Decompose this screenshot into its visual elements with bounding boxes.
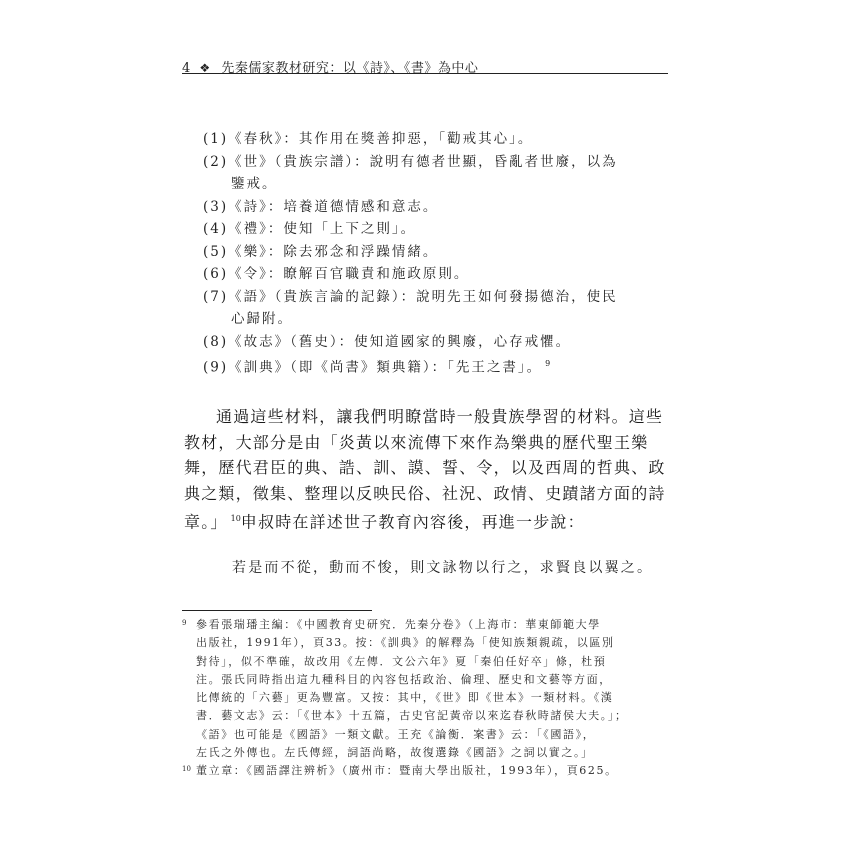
subject-list: (1)《春秋》：其作用在獎善抑惡，「勸戒其心」。 (2)《世》（貴族宗譜）：說明… [203, 128, 683, 379]
paragraph-line: 通過這些材料，讓我們明瞭當時一般貴族學習的材料。這些 [184, 404, 674, 430]
footnote-10: 10 董立章：《國語譯注辨析》（廣州市：暨南大學出版社，1993年），頁625。 [182, 762, 672, 780]
paragraph-line: 教材，大部分是由「炎黃以來流傳下來作為樂典的歷代聖王樂 [184, 430, 674, 456]
paragraph-line: 舞，歷代君臣的典、誥、訓、謨、誓、令，以及西周的哲典、政 [184, 455, 674, 481]
item-number: (7) [203, 289, 228, 305]
item-text-continued: 心歸附。 [203, 308, 683, 331]
footnote-line: 書．藝文志》云：「《世本》十五篇，古史官記黃帝以來迄春秋時諸侯大夫。」； [182, 707, 672, 725]
item-text: 《春秋》：其作用在獎善抑惡，「勸戒其心」。 [228, 131, 533, 147]
footnote-separator [182, 610, 372, 611]
list-item: (7)《語》（貴族言論的記錄）：說明先王如何發揚德治，使民 心歸附。 [203, 286, 683, 331]
block-quote: 若是而不從，動而不悛，則文詠物以行之，求賢良以翼之。 [232, 557, 672, 577]
document-page: 4 ❖ 先秦儒家教材研究：以《詩》、《書》為中心 (1)《春秋》：其作用在獎善抑… [0, 0, 850, 850]
footnote-line: 注。張氏同時指出這九種科目的內容包括政治、倫理、歷史和文藝等方面， [182, 671, 672, 689]
footnote-ref-9[interactable]: 9 [545, 359, 550, 368]
list-item: (4)《禮》：使知「上下之則」。 [203, 218, 683, 241]
list-item: (6)《令》：瞭解百官職責和施政原則。 [203, 263, 683, 286]
item-text: 《樂》：除去邪念和浮躁情緒。 [228, 244, 438, 260]
item-number: (2) [203, 154, 228, 170]
paragraph-text: 申叔時在詳述世子教育內容後，再進一步說： [241, 512, 585, 531]
paragraph-line: 典之類，徵集、整理以反映民俗、社況、政情、史蹟諸方面的詩 [184, 481, 674, 507]
footnote-line: 對待」，似不準確，故改用《左傳．文公六年》夏「秦伯任好卒」條，杜預 [182, 653, 672, 671]
footnote-number: 9 [182, 614, 186, 632]
header-rule [182, 73, 668, 74]
item-number: (1) [203, 131, 228, 147]
item-number: (6) [203, 266, 228, 282]
list-item: (2)《世》（貴族宗譜）：說明有德者世顯，昏亂者世廢，以為 鑒戒。 [203, 151, 683, 196]
item-text: 《令》：瞭解百官職責和施政原則。 [228, 266, 469, 282]
list-item: (1)《春秋》：其作用在獎善抑惡，「勸戒其心」。 [203, 128, 683, 151]
body-paragraph: 通過這些材料，讓我們明瞭當時一般貴族學習的材料。這些 教材，大部分是由「炎黃以來… [184, 404, 674, 535]
list-item: (9)《訓典》（即《尚書》類典籍）：「先王之書」。9 [203, 353, 683, 379]
paragraph-text: 章。」 [184, 512, 228, 531]
item-number: (8) [203, 334, 228, 350]
item-number: (5) [203, 244, 228, 260]
list-item: (5)《樂》：除去邪念和浮躁情緒。 [203, 241, 683, 264]
item-text: 《詩》：培養道德情感和意志。 [228, 199, 438, 215]
item-number: (9) [203, 360, 228, 376]
item-text: 《語》（貴族言論的記錄）：說明先王如何發揚德治，使民 [228, 289, 618, 305]
footnote-line: 《語》也可能是《國語》一類文獻。王充《論衡．案書》云：「《國語》， [182, 726, 672, 744]
footnote-line: 比傳統的「六藝」更為豐富。又按：其中，《世》即《世本》一類材料。《漢 [182, 689, 672, 707]
item-text: 《訓典》（即《尚書》類典籍）：「先王之書」。 [228, 360, 542, 376]
list-item: (3)《詩》：培養道德情感和意志。 [203, 196, 683, 219]
list-item: (8)《故志》（舊史）：使知道國家的興廢，心存戒懼。 [203, 331, 683, 354]
footnote-line: 出版社，1991年），頁33。按：《訓典》的解釋為「使知族類親疏，以區別 [182, 634, 672, 652]
item-number: (3) [203, 199, 228, 215]
item-text: 《禮》：使知「上下之則」。 [228, 221, 416, 237]
footnote-line: 左氏之外傳也。左氏傳經，詞語尚略，故復選錄《國語》之詞以實之。」 [182, 744, 672, 762]
footnotes: 9 參看張瑞璠主編：《中國教育史研究．先秦分卷》（上海市：華東師範大學 出版社，… [182, 616, 672, 781]
footnote-ref-10[interactable]: 10 [231, 514, 241, 523]
footnote-9: 9 參看張瑞璠主編：《中國教育史研究．先秦分卷》（上海市：華東師範大學 出版社，… [182, 616, 672, 762]
item-text-continued: 鑒戒。 [203, 173, 683, 196]
footnote-number: 10 [182, 760, 191, 778]
footnote-line: 董立章：《國語譯注辨析》（廣州市：暨南大學出版社，1993年），頁625。 [182, 762, 672, 780]
paragraph-line-last: 章。」10申叔時在詳述世子教育內容後，再進一步說： [184, 506, 674, 535]
footnote-line: 參看張瑞璠主編：《中國教育史研究．先秦分卷》（上海市：華東師範大學 [182, 616, 672, 634]
item-number: (4) [203, 221, 228, 237]
item-text: 《故志》（舊史）：使知道國家的興廢，心存戒懼。 [228, 334, 571, 350]
item-text: 《世》（貴族宗譜）：說明有德者世顯，昏亂者世廢，以為 [228, 154, 618, 170]
